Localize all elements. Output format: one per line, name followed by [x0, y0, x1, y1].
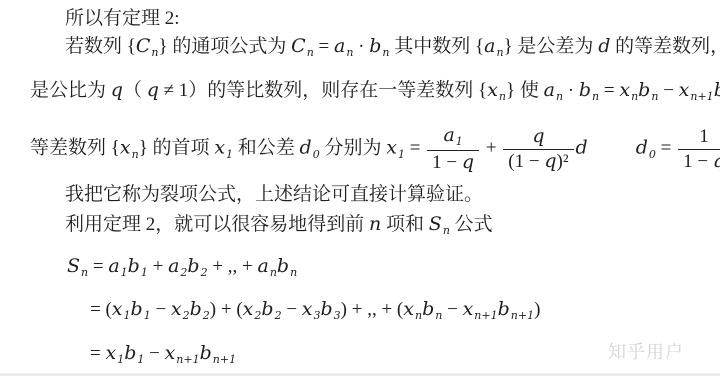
formula-sn-telescoped: = (x1b1 − x2b2) + (x2b2 − x3b3) + ,, + (…: [90, 299, 540, 323]
document-page: 所以有定理 2: 若数列 {Cn} 的通项公式为 Cn = an · bn 其中…: [0, 0, 720, 376]
theorem2-formula-x1-d0: 等差数列 {xn} 的首项 x1 和公差 d0 分别为 x1 = a11 − q…: [30, 126, 720, 172]
remark-use-theorem2: 利用定理 2，就可以很容易地得到前 n 项和 Sn 公式: [65, 214, 493, 238]
formula-sn-expansion: Sn = a1b1 + a2b2 + ,, + anbn: [67, 256, 297, 280]
formula-sn-result: = x1b1 − xn+1bn+1: [90, 343, 236, 367]
zhihu-user-watermark: 知乎用户: [608, 338, 684, 364]
theorem2-statement-line2: 是公比为 q（ q ≠ 1）的等比数列，则存在一等差数列 {xn} 使 an ·…: [30, 80, 720, 104]
remark-split-formula: 我把它称为裂项公式，上述结论可直接计算验证。: [65, 184, 483, 206]
theorem2-statement-line1: 若数列 {Cn} 的通项公式为 Cn = an · bn 其中数列 {an} 是…: [65, 36, 720, 60]
theorem2-heading: 所以有定理 2:: [65, 8, 180, 30]
